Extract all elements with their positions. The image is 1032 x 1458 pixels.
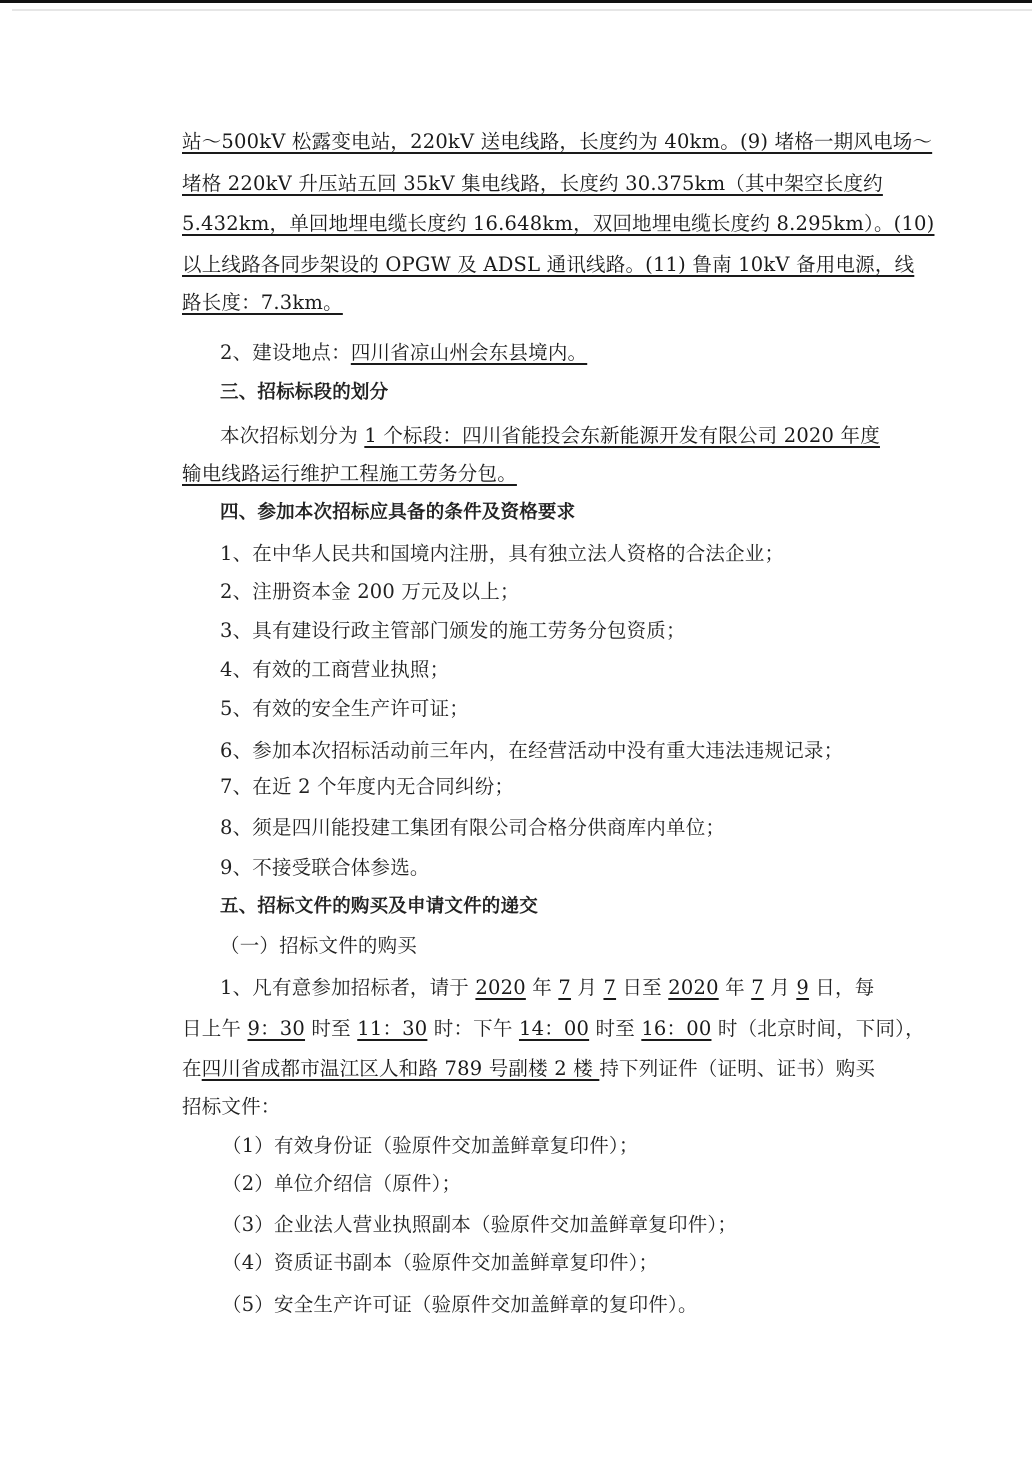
requirement-item: 3、具有建设行政主管部门颁发的施工劳务分包资质； <box>220 618 686 644</box>
end-month: 7 <box>751 976 764 999</box>
purchase-line-end: 招标文件： <box>182 1094 281 1120</box>
location-value: 四川省凉山州会东县境内。 <box>351 341 587 364</box>
purchase-address-line: 在四川省成都市温江区人和路 789 号副楼 2 楼 持下列证件（证明、证书）购买 <box>182 1056 875 1082</box>
required-document: （3）企业法人营业执照副本（验原件交加盖鲜章复印件）； <box>222 1212 737 1238</box>
purchase-hours-line: 日上午 9：30 时至 11：30 时：下午 14：00 时至 16：00 时（… <box>182 1016 925 1042</box>
requirement-item: 6、参加本次招标活动前三年内，在经营活动中没有重大违法违规记录； <box>220 738 843 764</box>
required-document: （1）有效身份证（验原件交加盖鲜章复印件）； <box>222 1133 639 1159</box>
am-end-time: 11：30 <box>357 1017 427 1040</box>
pm-end-time: 16：00 <box>641 1017 711 1040</box>
subsection-heading: （一）招标文件的购买 <box>220 933 417 959</box>
purchase-dates-line: 1、凡有意参加招标者，请于 2020 年 7 月 7 日至 2020 年 7 月… <box>220 975 874 1001</box>
requirement-item: 8、须是四川能投建工集团有限公司合格分供商库内单位； <box>220 815 725 841</box>
requirement-item: 4、有效的工商营业执照； <box>220 657 449 683</box>
requirement-item: 7、在近 2 个年度内无合同纠纷； <box>220 774 514 800</box>
requirement-item: 5、有效的安全生产许可证； <box>220 696 469 722</box>
section-heading: 四、参加本次招标应具备的条件及资格要求 <box>220 500 575 526</box>
start-month: 7 <box>558 976 571 999</box>
scan-edge <box>0 0 1032 3</box>
section-heading: 三、招标标段的划分 <box>220 380 388 406</box>
required-document: （2）单位介绍信（原件）； <box>222 1171 461 1197</box>
requirement-item: 2、注册资本金 200 万元及以上； <box>220 579 520 605</box>
project-scope-line: 以上线路各同步架设的 OPGW 及 ADSL 通讯线路。(11) 鲁南 10kV… <box>182 252 914 278</box>
project-scope-line: 站～500kV 松露变电站，220kV 送电线路，长度约为 40km。(9) 堵… <box>182 129 932 155</box>
pm-start-time: 14：00 <box>519 1017 589 1040</box>
required-document: （4）资质证书副本（验原件交加盖鲜章复印件）； <box>222 1250 658 1276</box>
purchase-address: 四川省成都市温江区人和路 789 号副楼 2 楼 <box>202 1057 600 1080</box>
construction-location: 2、建设地点：四川省凉山州会东县境内。 <box>220 340 587 366</box>
project-scope-line: 路长度：7.3km。 <box>182 290 343 316</box>
start-day: 7 <box>603 976 616 999</box>
requirement-item: 1、在中华人民共和国境内注册，具有独立法人资格的合法企业； <box>220 541 784 567</box>
am-start-time: 9：30 <box>248 1017 306 1040</box>
section-heading: 五、招标文件的购买及申请文件的递交 <box>220 894 538 920</box>
lot-name: 1 个标段：四川省能投会东新能源开发有限公司 2020 年度 <box>364 424 880 447</box>
required-document: （5）安全生产许可证（验原件交加盖鲜章的复印件）。 <box>222 1292 698 1318</box>
scan-artifact-line <box>12 9 1032 11</box>
project-scope-line: 5.432km，单回地埋电缆长度约 16.648km，双回地埋电缆长度约 8.2… <box>182 211 934 237</box>
lot-name-continued: 输电线路运行维护工程施工劳务分包。 <box>182 461 517 487</box>
project-scope-line: 堵格 220kV 升压站五回 35kV 集电线路，长度约 30.375km（其中… <box>182 171 883 197</box>
lot-division-text: 本次招标划分为 1 个标段：四川省能投会东新能源开发有限公司 2020 年度 <box>220 423 880 449</box>
end-year: 2020 <box>668 976 718 999</box>
requirement-item: 9、不接受联合体参选。 <box>220 855 430 881</box>
start-year: 2020 <box>475 976 525 999</box>
location-label: 2、建设地点： <box>220 341 351 364</box>
end-day: 9 <box>796 976 809 999</box>
